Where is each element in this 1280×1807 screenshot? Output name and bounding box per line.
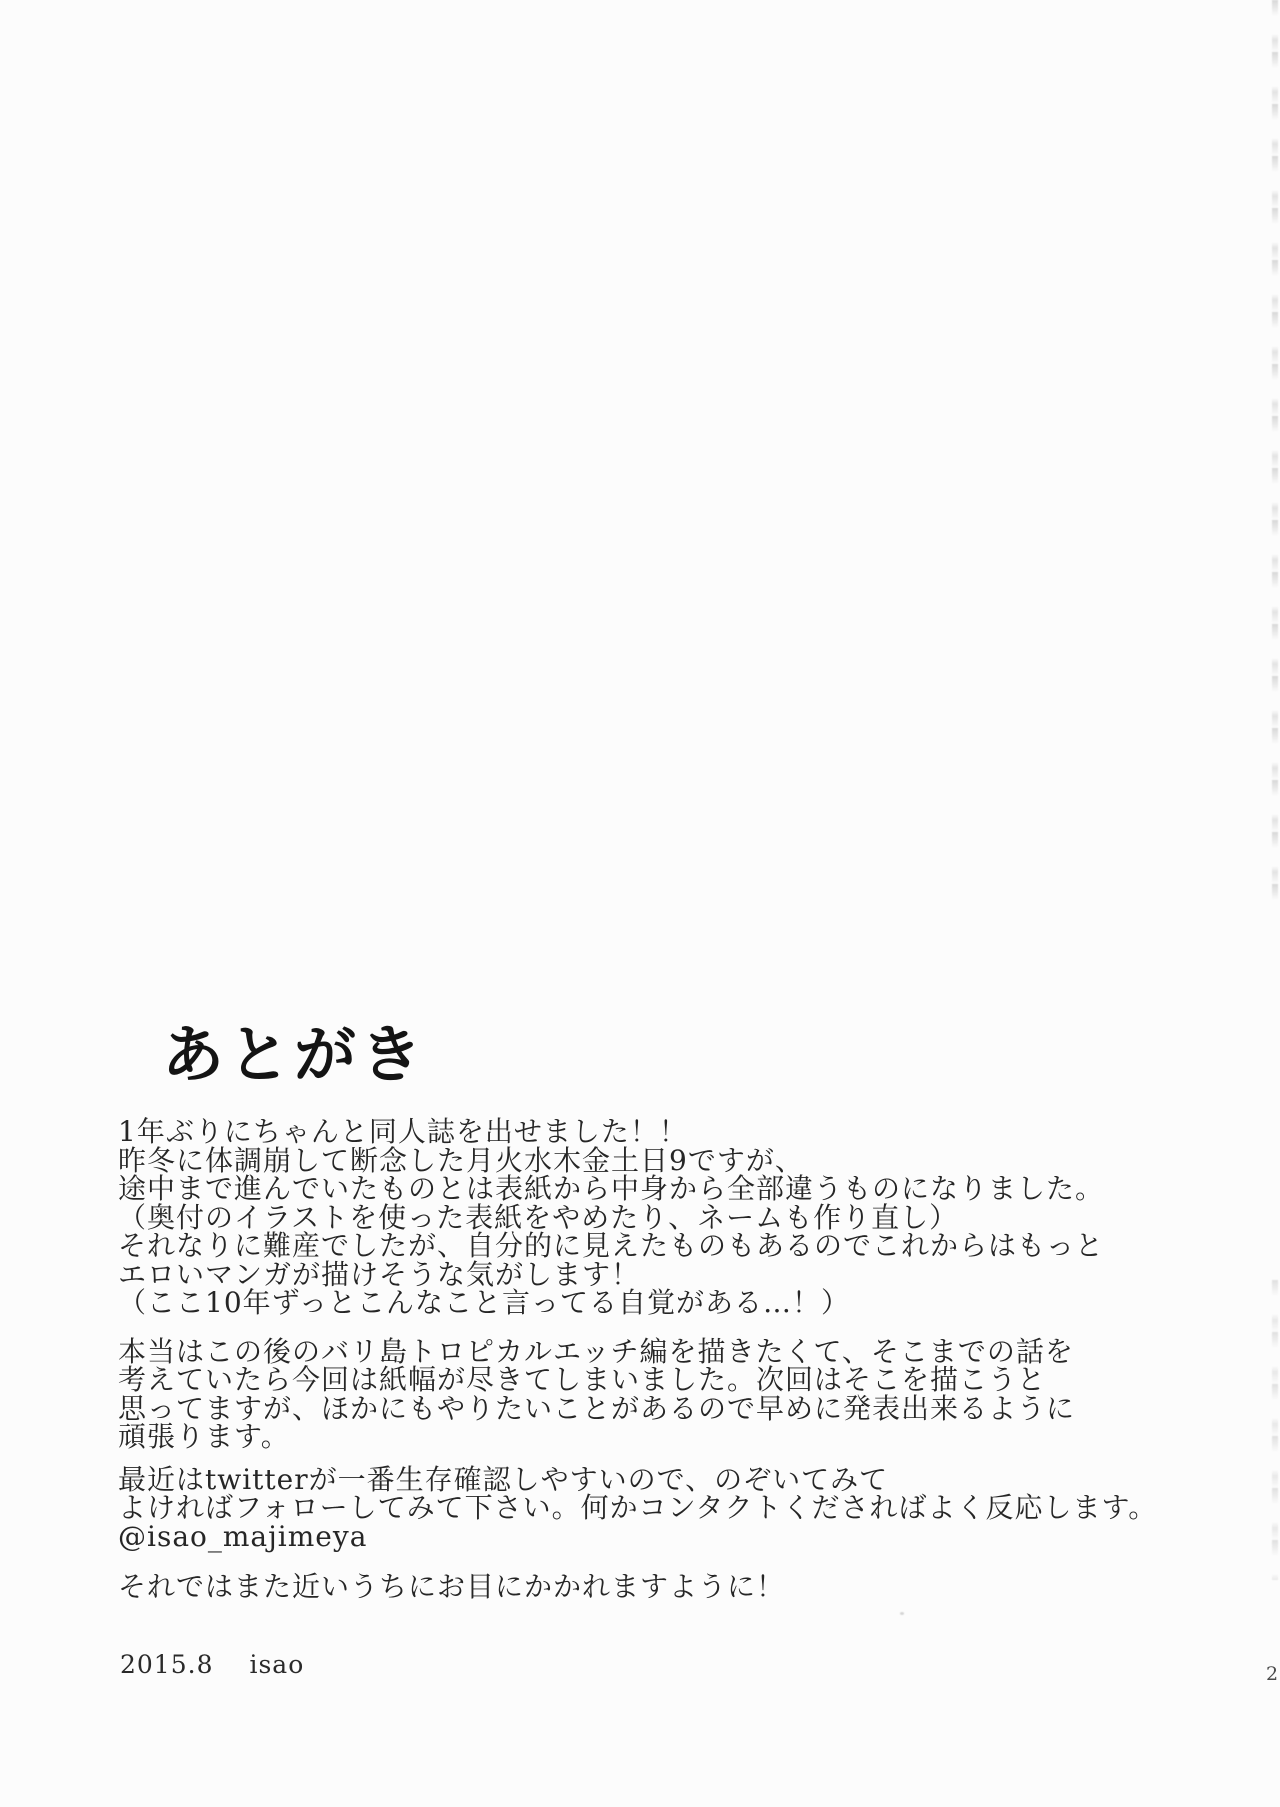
- signature-author: isao: [249, 1650, 304, 1679]
- text-line: 本当はこの後のバリ島トロピカルエッチ編を描きたくて、そこまでの話を: [118, 1338, 1168, 1367]
- page-number: 25: [1266, 1663, 1280, 1685]
- text-line: それではまた近いうちにお目にかかれますように！: [118, 1573, 1168, 1602]
- text-line: エロいマンガが描けそうな気がします！: [118, 1261, 1168, 1290]
- scan-artifact-right-edge-bottom: [1272, 1280, 1278, 1580]
- text-line: 頑張ります。: [118, 1423, 1168, 1452]
- afterword-title: あとがき: [162, 1022, 426, 1088]
- scanned-afterword-page: あとがき 1年ぶりにちゃんと同人誌を出せました！！ 昨冬に体調崩して断念した月火…: [0, 0, 1280, 1807]
- text-line: よければフォローしてみて下さい。何かコンタクトくださればよく反応します。: [118, 1494, 1168, 1523]
- text-line: （奥付のイラストを使った表紙をやめたり、ネームも作り直し）: [118, 1204, 1168, 1233]
- afterword-body: 1年ぶりにちゃんと同人誌を出せました！！ 昨冬に体調崩して断念した月火水木金土日…: [118, 1118, 1168, 1602]
- paragraph-3: 最近はtwitterが一番生存確認しやすいので、のぞいてみて よければフォローし…: [118, 1466, 1168, 1552]
- twitter-handle: @isao_majimeya: [118, 1523, 1168, 1552]
- paragraph-2: 本当はこの後のバリ島トロピカルエッチ編を描きたくて、そこまでの話を 考えていたら…: [118, 1338, 1168, 1452]
- text-line: 昨冬に体調崩して断念した月火水木金土日9ですが、: [118, 1147, 1168, 1176]
- paragraph-4: それではまた近いうちにお目にかかれますように！: [118, 1573, 1168, 1602]
- paragraph-1: 1年ぶりにちゃんと同人誌を出せました！！ 昨冬に体調崩して断念した月火水木金土日…: [118, 1118, 1168, 1318]
- text-line: 1年ぶりにちゃんと同人誌を出せました！！: [118, 1118, 1168, 1147]
- scan-artifact-dot: [900, 1612, 904, 1615]
- signature-date: 2015.8: [120, 1650, 213, 1679]
- signature: 2015.8isao: [120, 1650, 304, 1679]
- text-line: 考えていたら今回は紙幅が尽きてしまいました。次回はそこを描こうと: [118, 1366, 1168, 1395]
- text-line: （ここ10年ずっとこんなこと言ってる自覚がある…！）: [118, 1289, 1168, 1318]
- text-line: 途中まで進んでいたものとは表紙から中身から全部違うものになりました。: [118, 1175, 1168, 1204]
- text-line: それなりに難産でしたが、自分的に見えたものもあるのでこれからはもっと: [118, 1232, 1168, 1261]
- scan-artifact-right-edge-top: [1272, 0, 1278, 910]
- text-line: 最近はtwitterが一番生存確認しやすいので、のぞいてみて: [118, 1466, 1168, 1495]
- text-line: 思ってますが、ほかにもやりたいことがあるので早めに発表出来るように: [118, 1395, 1168, 1424]
